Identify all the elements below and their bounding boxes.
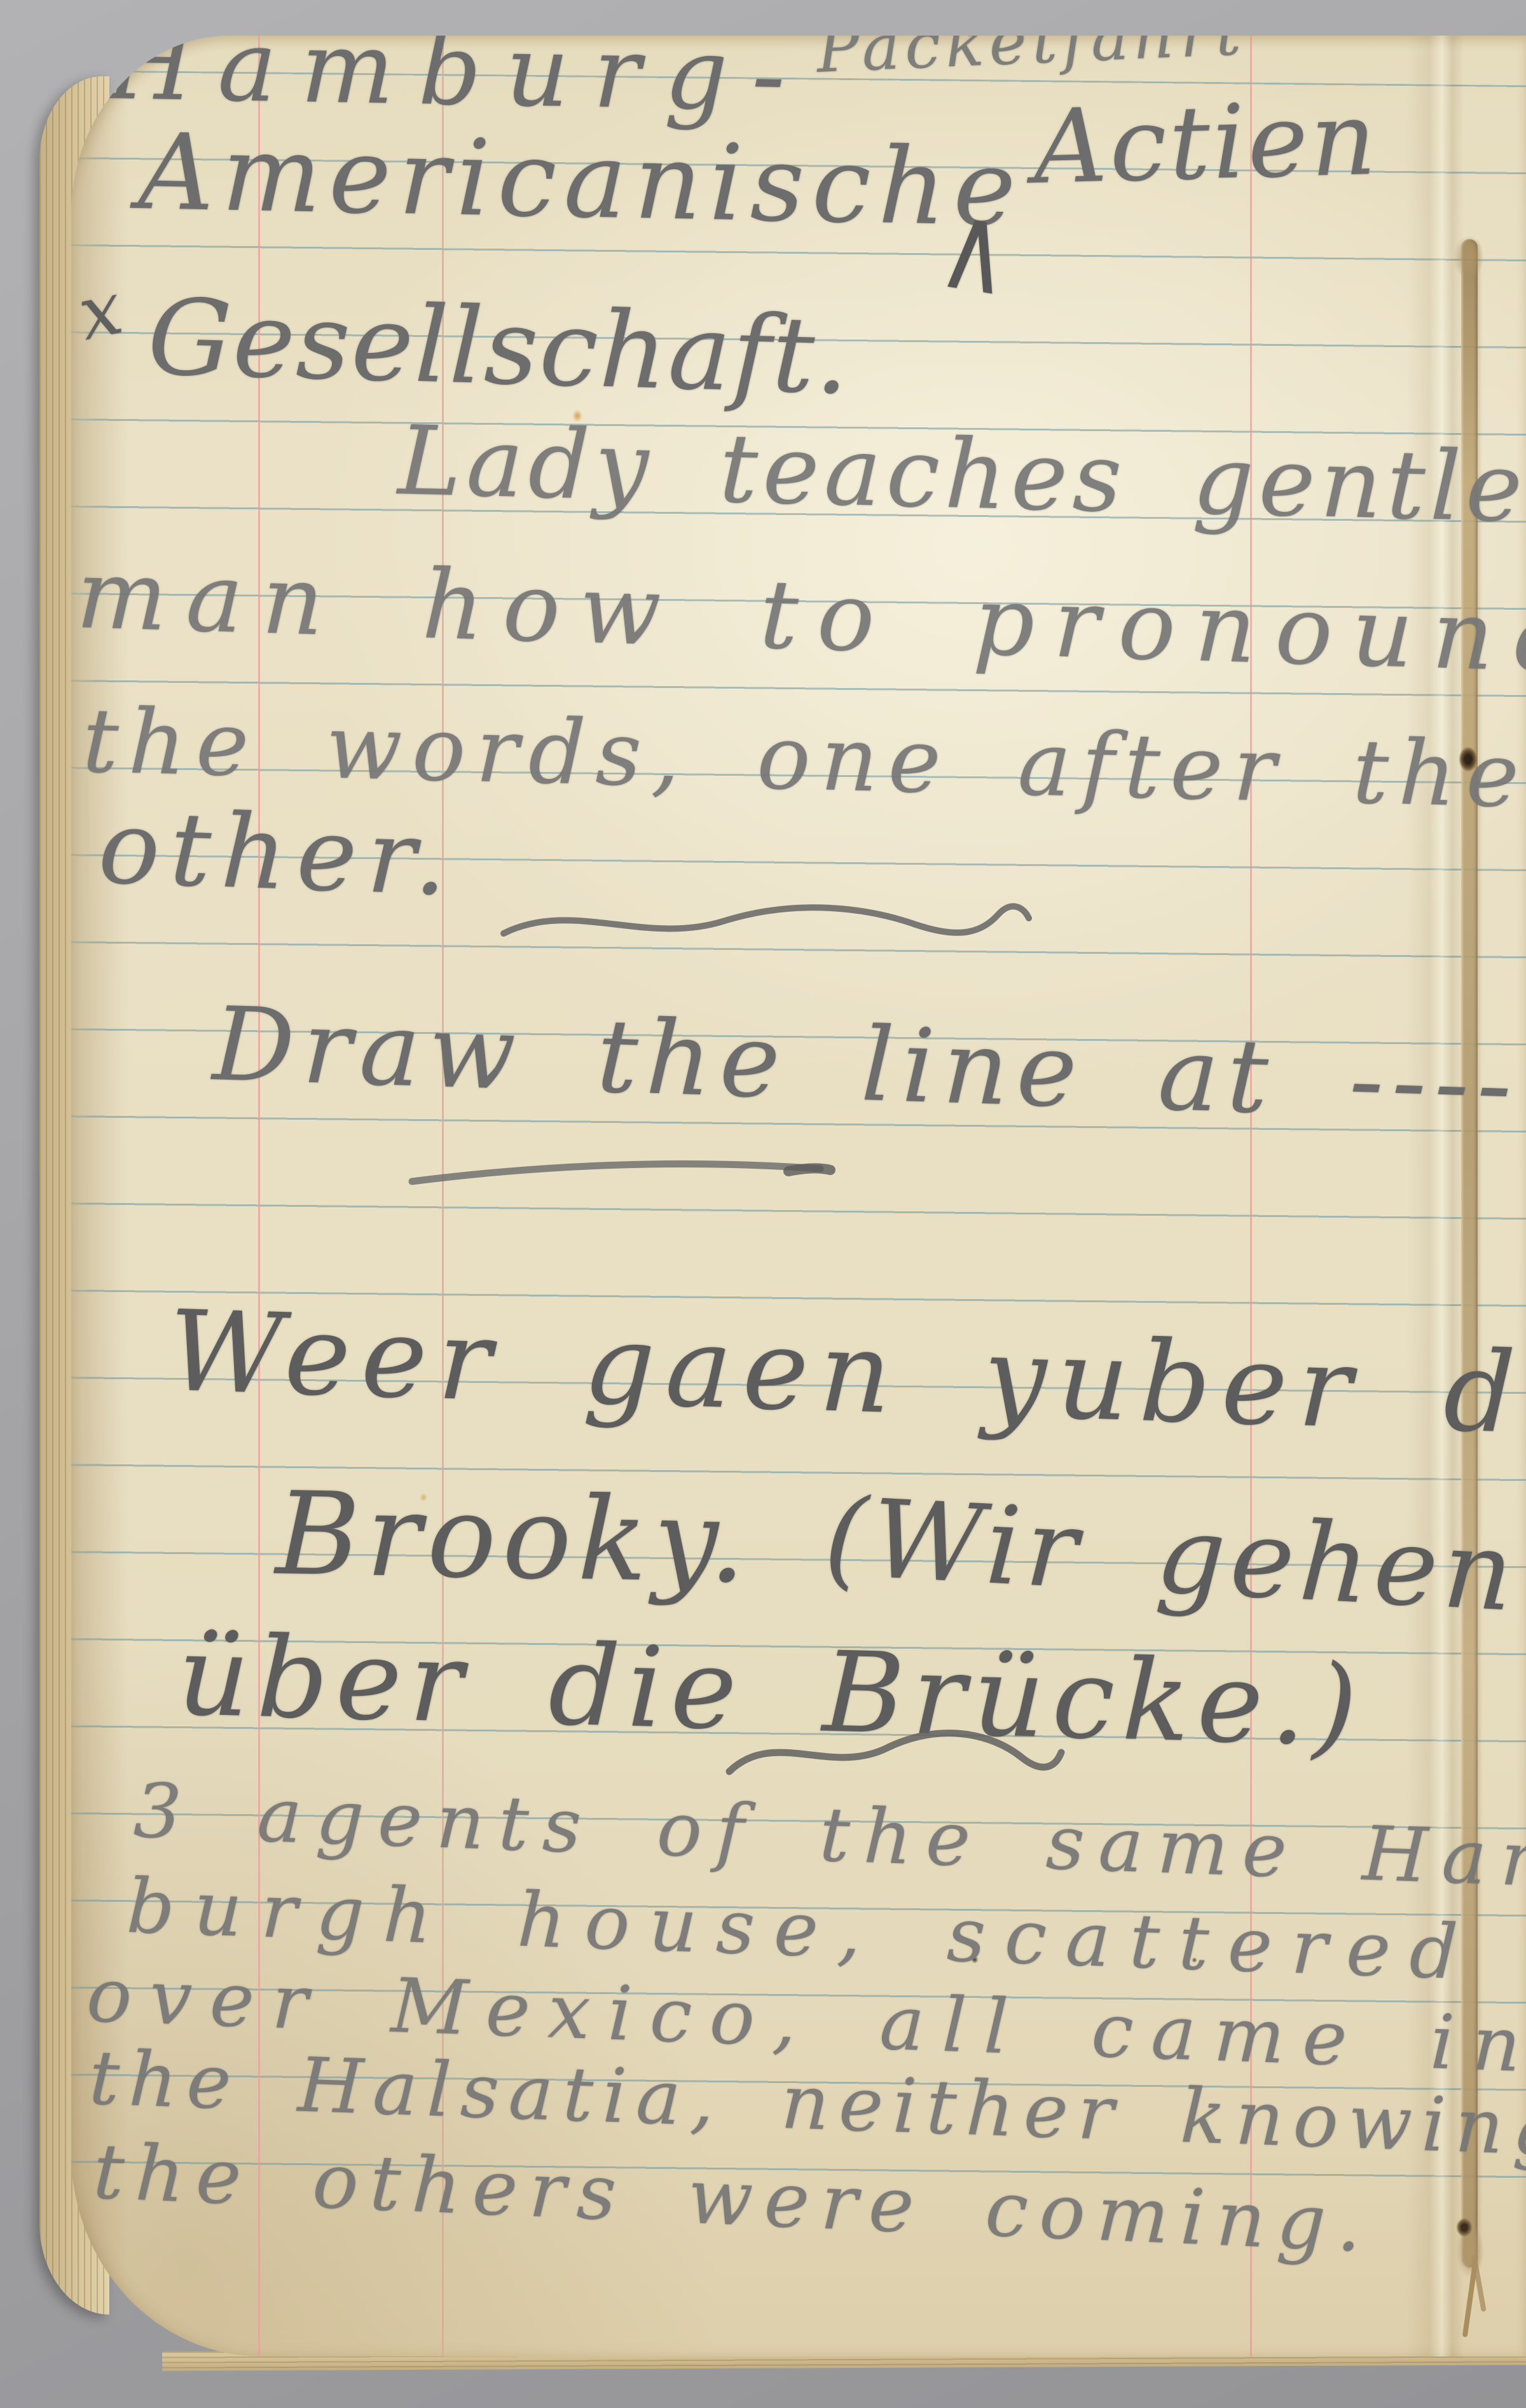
handwriting-packetfahrt-insertion: Packetfahrt	[815, 36, 1248, 87]
thread-hole-lower	[1456, 2218, 1473, 2237]
handwriting-other: other.	[97, 787, 459, 919]
pencil-underline-divider	[407, 1150, 839, 1194]
pencil-squiggle-divider-2	[723, 1716, 1066, 1792]
notebook-page-photo: Hamburg- Packetfahrt Americanische Actie…	[0, 0, 1526, 2408]
handwriting-americanische: Americanische	[137, 111, 1024, 250]
handwriting-gesellschaft: Gesellschaft.	[146, 276, 852, 418]
pencil-squiggle-divider-1	[496, 888, 1036, 958]
handwriting-actien: Actien	[1032, 79, 1380, 207]
notebook-page: Hamburg- Packetfahrt Americanische Actie…	[71, 36, 1526, 2356]
handwriting-brooky: Brooky.	[275, 1468, 753, 1609]
